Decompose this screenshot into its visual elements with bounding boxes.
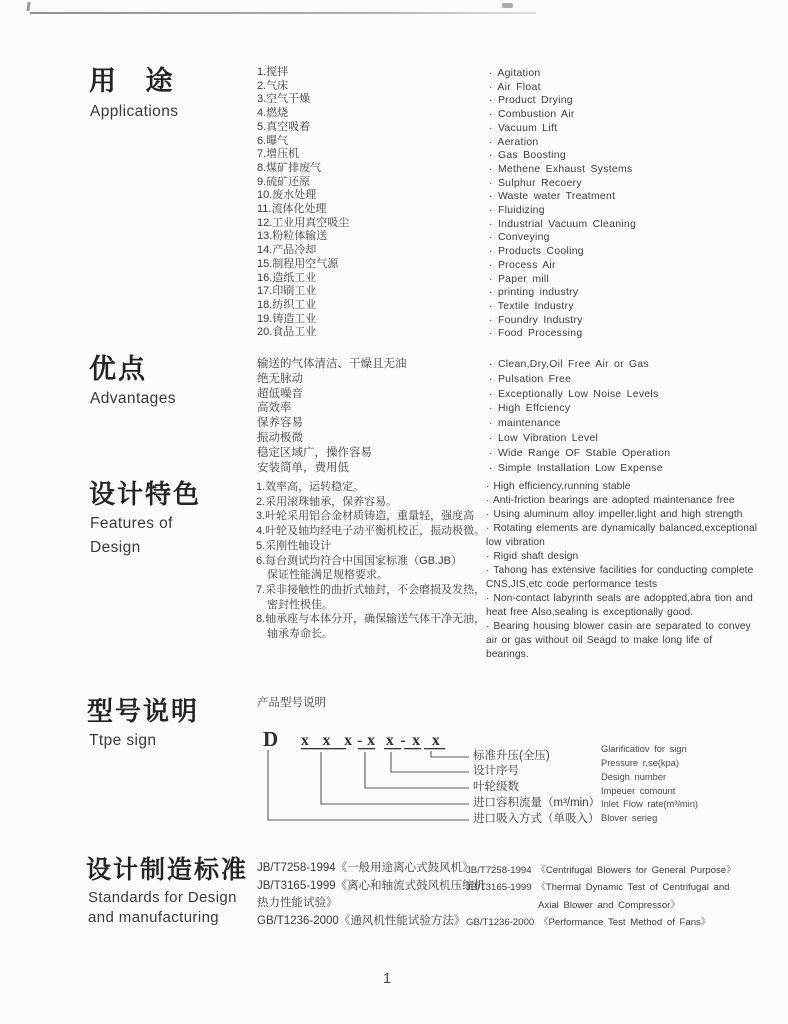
feature-item-en: Rigid shaft design [486, 550, 758, 564]
advantage-item-en: Low Vibration Level [489, 432, 670, 447]
application-item-cn: 20.食品工业 [257, 326, 349, 340]
model-label-cn-impeller-stages: 叶轮级数 [473, 782, 519, 794]
model-label-cn-inlet-type: 进口吸入方式（单吸入） [473, 814, 600, 826]
feature-item-cn: 1.效率高，运转稳定。 [256, 480, 485, 495]
application-item-cn: 12.工业用真空吸尘 [257, 217, 349, 231]
application-item-en: Gas Boosting [489, 149, 636, 163]
features-title-en-line2: Design [90, 539, 141, 558]
advantage-item-cn: 振动极微 [257, 431, 407, 446]
application-item-cn: 18.纺织工业 [257, 299, 349, 313]
application-item-en: Combustion Air [489, 108, 636, 122]
applications-list-en: AgitationAir FloatProduct DryingCombusti… [489, 67, 636, 341]
model-label-cn-design-number: 设计序号 [473, 766, 519, 778]
application-item-cn: 9.硫矿还原 [257, 176, 349, 190]
application-item-en: Industrial Vacuum Cleaning [489, 218, 636, 232]
features-list-cn: 1.效率高，运转稳定。 2.采用滚珠轴承，保养容易。 3.叶轮采用铝合金材质铸造… [256, 480, 485, 642]
feature-item-en: Bearing housing blower casin are separat… [486, 620, 758, 662]
application-item-cn: 1.搅拌 [257, 66, 349, 80]
application-item-cn: 10.废水处理 [257, 189, 349, 203]
application-item-en: Vacuum Lift [489, 122, 636, 136]
application-item-cn: 11.流体化处理 [257, 203, 349, 217]
advantage-item-en: Exceptionally Low Noise Levels [489, 388, 670, 403]
advantage-item-cn: 稳定区域广，操作容易 [257, 446, 407, 461]
application-item-cn: 16.造纸工业 [257, 272, 349, 286]
model-letter: D [263, 727, 278, 751]
model-label-en-design-number: Desigh number [601, 773, 666, 782]
application-item-cn: 5.真空吸着 [257, 121, 349, 135]
advantage-item-en: Clean,Dry,Oil Free Air or Gas [489, 358, 670, 373]
standards-title-cn: 设计制造标准 [86, 858, 248, 883]
standards-title-en: Standards for Design and manufacturing [88, 888, 256, 928]
standard-line-en: JB/T3165-1999 《Thermal Dynamic Test of C… [466, 879, 736, 896]
advantage-item-cn: 绝无脉动 [257, 372, 407, 387]
type-sign-title-cn: 型号说明 [87, 698, 199, 724]
advantage-item-en: Wide Range OF Stable Operation [489, 447, 670, 462]
advantage-item-cn: 保养容易 [257, 416, 407, 431]
advantage-item-cn: 安装简单，费用低 [257, 461, 407, 476]
application-item-cn: 13.粉粒体输送 [257, 230, 349, 244]
model-group-1: x x x-x [301, 732, 375, 749]
model-label-cn-inlet-flow: 进口容积流量（m³/min） [473, 798, 600, 810]
model-connector-lines [268, 750, 469, 820]
application-item-en: Foundry Industry [489, 314, 636, 328]
feature-item-en: High efficiency,running stable [486, 480, 758, 494]
application-item-en: Agitation [489, 67, 636, 81]
application-item-cn: 19.铸造工业 [257, 313, 349, 327]
standards-list-cn: JB/T7258-1994《一般用途离心式鼓风机》JB/T3165-1999《离… [257, 860, 485, 930]
standard-line-en: JB/T7258-1994 《Centrifugal Blowers for G… [466, 862, 736, 879]
application-item-en: printing industry [489, 286, 636, 300]
feature-item-en: Using aluminum alloy impeller,light and … [486, 508, 758, 522]
applications-title-en: Applications [90, 103, 178, 122]
page-number: 1 [383, 971, 391, 987]
application-item-cn: 17.印刷工业 [257, 285, 349, 299]
feature-item-cn: 2.采用滚珠轴承，保养容易。 [256, 495, 485, 510]
application-item-en: Conveying [489, 231, 636, 245]
features-title-en-line1: Features of [90, 515, 173, 534]
feature-item-en: Anti-friction bearings are adopted maint… [486, 494, 758, 508]
feature-item-cn: 3.叶轮采用铝合金材质铸造，重量轻，强度高 [256, 509, 485, 524]
application-item-en: Product Drying [489, 94, 636, 108]
model-underlines [301, 748, 445, 749]
model-label-en-inlet-flow: Inlet Flow rate(m³/min) [601, 800, 698, 809]
standard-line-cn: 热力性能试验》 [257, 895, 485, 913]
advantage-item-en: Pulsation Free [489, 373, 670, 388]
application-item-cn: 4.燃烧 [257, 107, 349, 121]
feature-item-cn: 5.采刚性轴设计 [256, 539, 485, 554]
application-item-cn: 6.曝气 [257, 135, 349, 149]
feature-item-cn: 6.每台测试均符合中国国家标准（GB.JB） 保证性能满足规格要求。 [256, 554, 485, 583]
application-item-en: Fluidizing [489, 204, 636, 218]
application-item-en: Air Float [489, 81, 636, 95]
model-label-en-clarification: Glarificatiov for sign [601, 745, 687, 754]
advantages-title-cn: 优点 [89, 356, 147, 383]
application-item-en: Waste water Treatment [489, 190, 636, 204]
advantage-item-en: maintenance [489, 417, 670, 432]
application-item-en: Aeration [489, 136, 636, 150]
application-item-en: Process Air [489, 259, 636, 273]
standard-line-en: Axial Blower and Compressor》 [466, 897, 736, 914]
application-item-cn: 2.气床 [257, 80, 349, 94]
application-item-en: Methene Exhaust Systems [489, 163, 636, 177]
application-item-cn: 3.空气干燥 [257, 93, 349, 107]
model-label-en-pressure: Pressure r,se(kpa) [601, 759, 679, 768]
feature-item-en: Tahong has extensive facilities for cond… [486, 564, 758, 592]
advantages-title-en: Advantages [90, 390, 176, 409]
advantage-item-cn: 输送的气体清洁、干燥且无油 [257, 357, 407, 372]
applications-list-cn: 1.搅拌2.气床3.空气干燥4.燃烧5.真空吸着6.曝气7.增压机8.煤矿排废气… [257, 66, 349, 340]
advantages-list-cn: 输送的气体清洁、干燥且无油绝无脉动超低噪音高效率保养容易振动极微稳定区域广，操作… [257, 357, 407, 475]
standard-line-cn: GB/T1236-2000《通风机性能试验方法》 [257, 913, 485, 931]
features-list-en: High efficiency,running stableAnti-frict… [486, 480, 758, 662]
application-item-en: Sulphur Recoery [489, 177, 636, 191]
application-item-en: Products Cooling [489, 245, 636, 259]
document-page: 用 途 Applications 1.搅拌2.气床3.空气干燥4.燃烧5.真空吸… [0, 0, 788, 1024]
application-item-en: Food Processing [489, 327, 636, 341]
advantage-item-en: Simple Installation Low Expense [489, 462, 670, 477]
application-item-en: Paper mill [489, 273, 636, 287]
application-item-en: Textile Industry [489, 300, 636, 314]
feature-item-en: Non-contact labyrinth seals are adoppted… [486, 592, 758, 620]
model-label-cn-pressure: 标准升压(全压) [473, 751, 550, 763]
model-group-3: x [432, 732, 440, 749]
feature-item-cn: 8.轴承座与本体分开，确保输送气体干净无油， 轴承寿命长。 [256, 612, 485, 641]
scan-mark [502, 3, 513, 8]
model-label-en-blower-series: Blover serieg [601, 814, 657, 823]
model-label-en-impeller-amount: Impeuer comount [601, 787, 675, 796]
application-item-cn: 15.制程用空气源 [257, 258, 349, 272]
features-title-cn: 设计特色 [89, 481, 201, 507]
standard-line-en: GB/T1236-2000 《Performance Test Method o… [466, 914, 736, 931]
advantages-list-en: Clean,Dry,Oil Free Air or GasPulsation F… [489, 358, 670, 476]
advantage-item-en: High Effciency [489, 402, 670, 417]
application-item-cn: 7.增压机 [257, 148, 349, 162]
scan-mark [26, 2, 30, 11]
advantage-item-cn: 高效率 [257, 401, 407, 416]
type-sign-title-en: Ttpe sign [89, 732, 156, 751]
feature-item-cn: 7.采非接触性的曲折式轴封，不会磨损及发热， 密封性极佳。 [256, 583, 485, 612]
advantage-item-cn: 超低噪音 [257, 387, 407, 402]
standard-line-cn: JB/T7258-1994《一般用途离心式鼓风机》 [257, 860, 485, 878]
scan-edge-line [30, 12, 536, 14]
model-code-diagram: D x x x-x x-x x [255, 718, 471, 830]
applications-title-cn: 用 途 [89, 68, 175, 95]
application-item-cn: 8.煤矿排废气 [257, 162, 349, 176]
standards-list-en: JB/T7258-1994 《Centrifugal Blowers for G… [466, 862, 736, 931]
type-sign-subtitle: 产品型号说明 [257, 694, 326, 710]
application-item-cn: 14.产品冷却 [257, 244, 349, 258]
feature-item-cn: 4.叶轮及轴均经电子动平衡机校正，振动极微。 [256, 524, 485, 539]
standard-line-cn: JB/T3165-1999《离心和轴流式鼓风机压缩机 [257, 878, 485, 896]
model-group-2: x-x [386, 732, 420, 749]
feature-item-en: Rotating elements are dynamically balanc… [486, 522, 758, 550]
